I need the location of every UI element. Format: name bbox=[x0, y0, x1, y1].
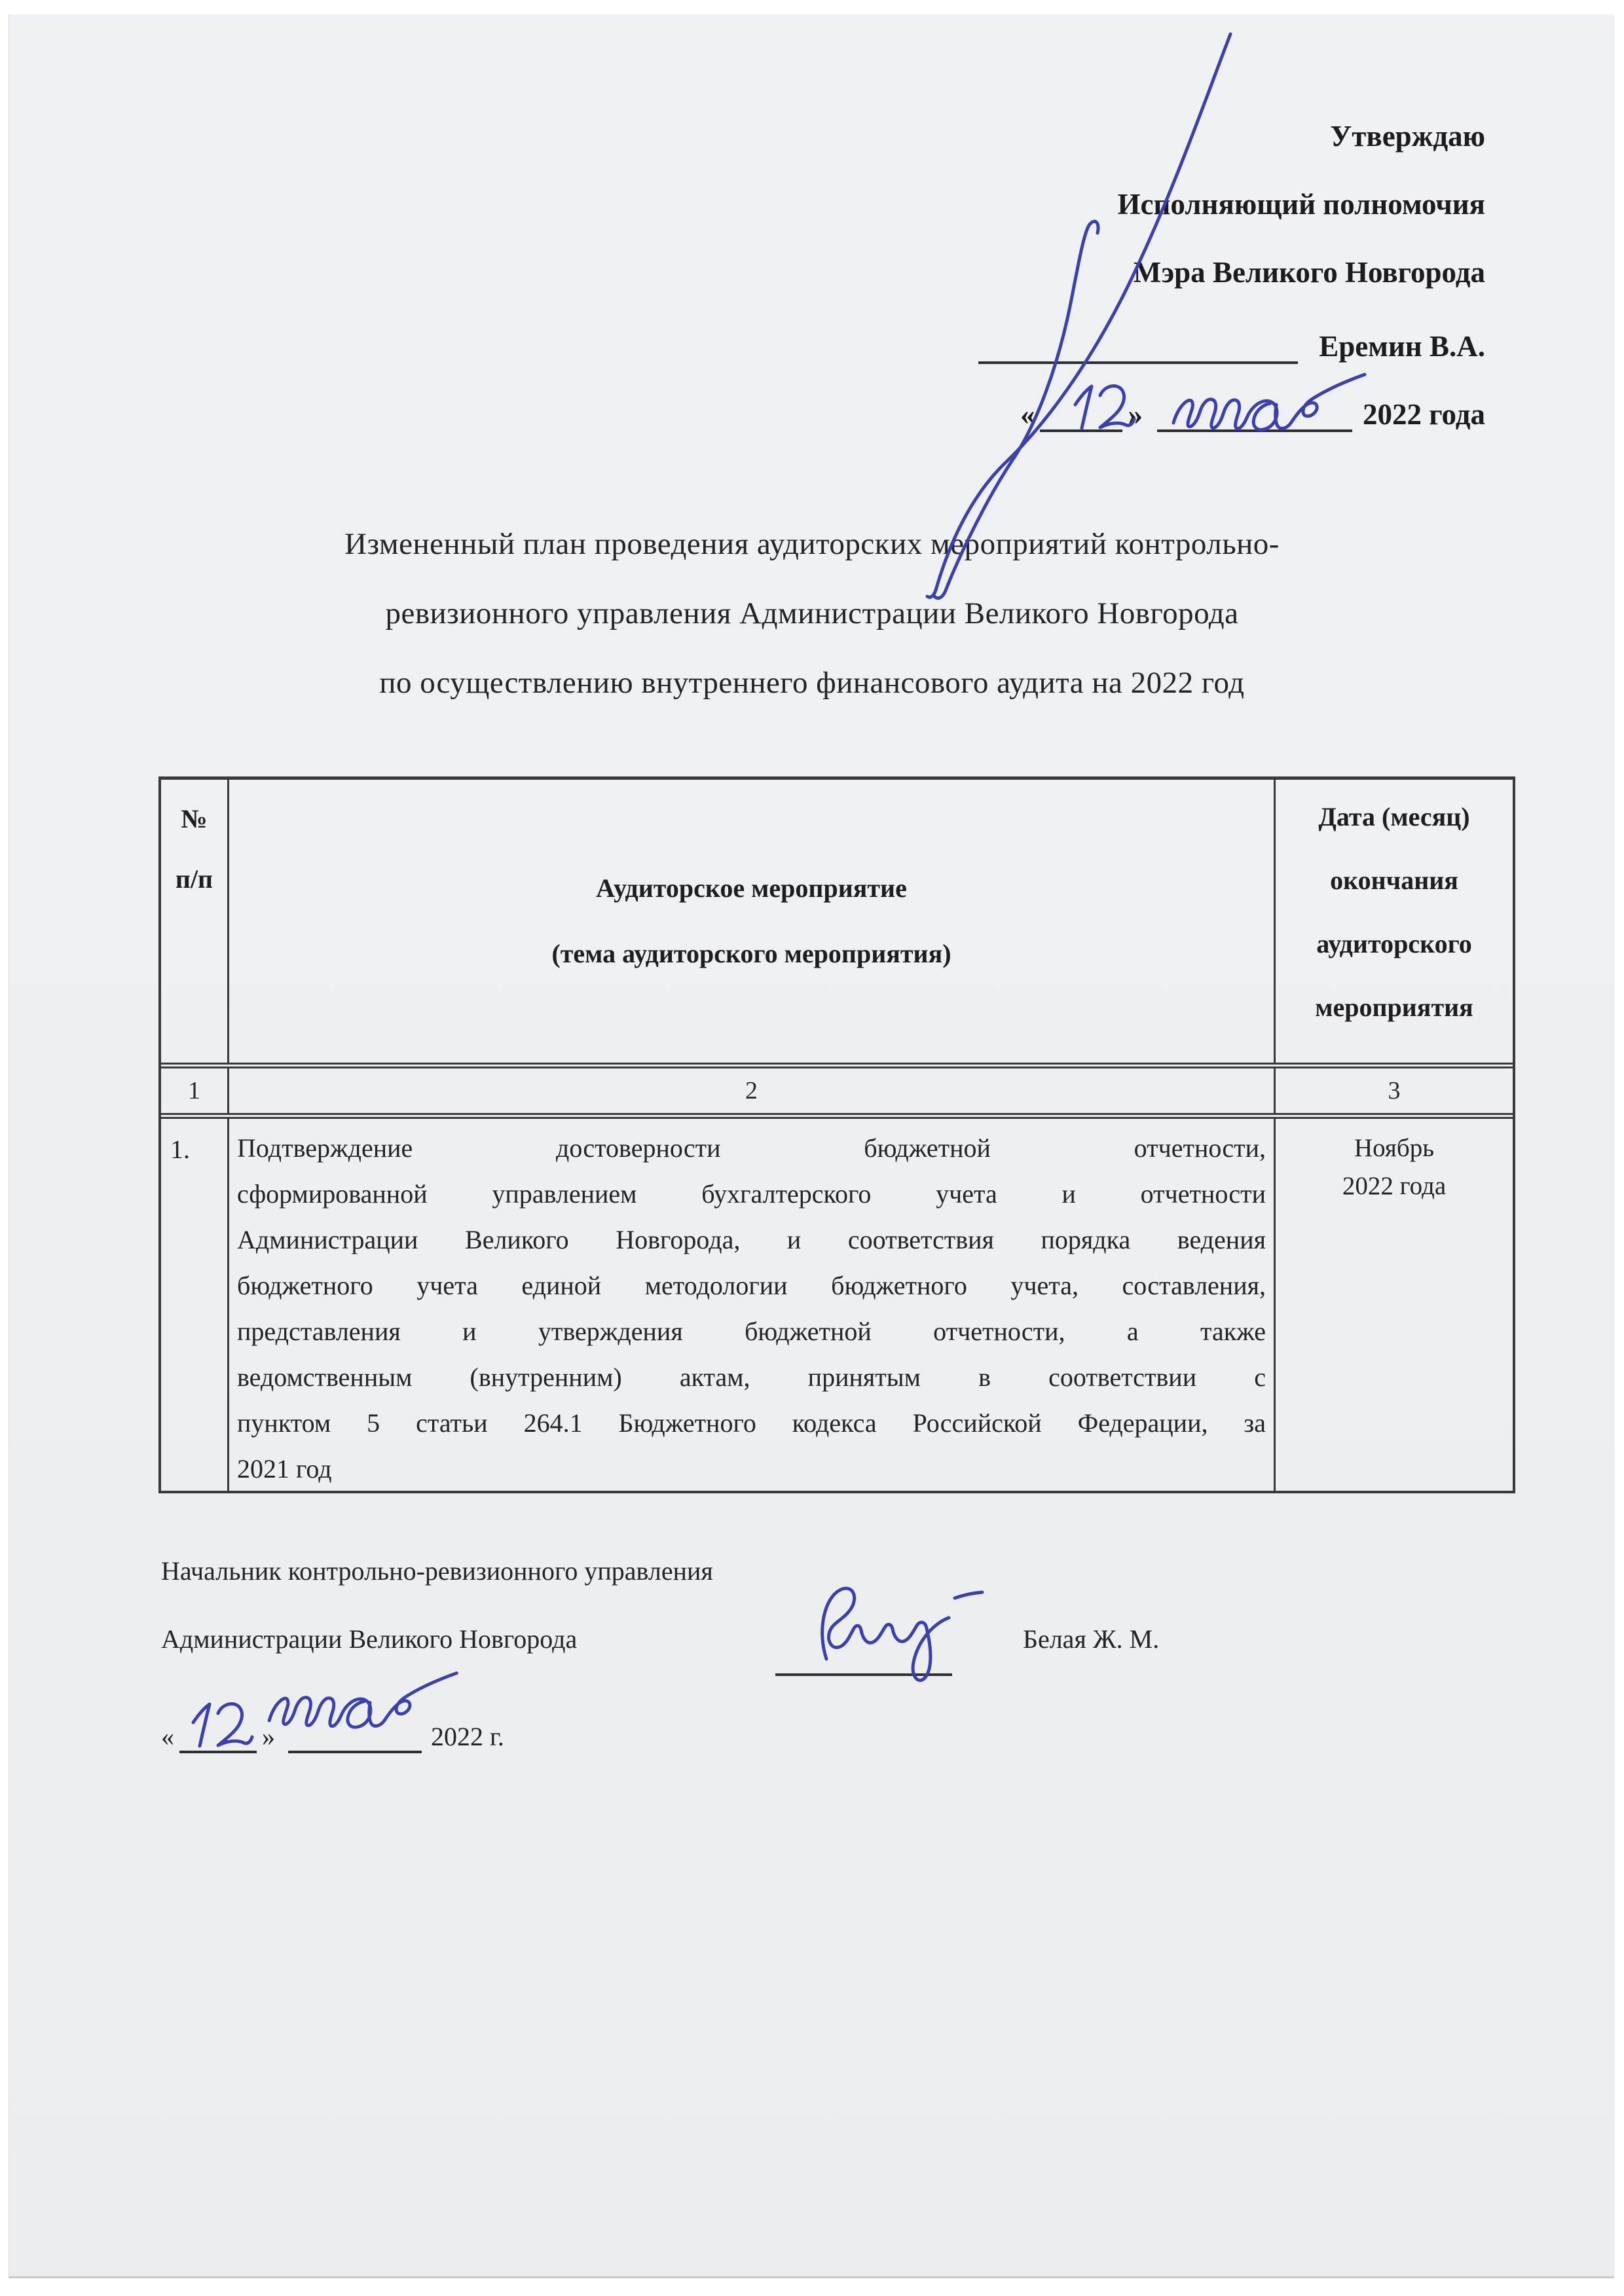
header-date-line4: мероприятия bbox=[1276, 975, 1513, 1039]
table-row: 1. Подтверждение достоверности бюджетной… bbox=[161, 1119, 1513, 1491]
row-date-year: 2022 года bbox=[1276, 1167, 1513, 1205]
close-quote: » bbox=[1128, 398, 1143, 431]
approval-year: 2022 года bbox=[1363, 398, 1485, 431]
open-quote: « bbox=[1020, 398, 1035, 431]
row-date-month: Ноябрь bbox=[1276, 1129, 1513, 1167]
header-cell-date: Дата (месяц) окончания аудиторского меро… bbox=[1276, 780, 1513, 1063]
header-date-line3: аудиторского bbox=[1276, 912, 1513, 975]
footer-signature-line bbox=[775, 1673, 952, 1676]
numbering-cell-3: 3 bbox=[1276, 1068, 1513, 1113]
open-quote: « bbox=[161, 1722, 174, 1751]
approval-date-line: «»2022 года bbox=[978, 392, 1485, 460]
approval-sign-line: Еремин В.А. bbox=[978, 323, 1485, 392]
activity-text-line: Подтверждение достоверности бюджетной от… bbox=[237, 1125, 1266, 1171]
month-blank-line bbox=[1157, 399, 1352, 432]
activity-text-line: бюджетного учета единой методологии бюдж… bbox=[237, 1263, 1266, 1309]
table-header-row: № п/п Аудиторское мероприятие (тема ауди… bbox=[161, 780, 1513, 1068]
title-line-3: по осуществлению внутреннего финансового… bbox=[0, 648, 1624, 718]
activity-text-line: Администрации Великого Новгорода, и соот… bbox=[237, 1217, 1266, 1263]
approver-name: Еремин В.А. bbox=[1319, 330, 1485, 363]
approval-line-2: Исполняющий полномочия bbox=[978, 187, 1485, 255]
activity-text-line: сформированной управлением бухгалтерског… bbox=[237, 1171, 1266, 1217]
header-activity-line2: (тема аудиторского мероприятия) bbox=[551, 921, 951, 987]
header-date-line1: Дата (месяц) bbox=[1276, 785, 1513, 848]
scanned-document-page: Утверждаю Исполняющий полномочия Мэра Ве… bbox=[0, 0, 1624, 2296]
footer-position-line2: Администрации Великого Новгорода bbox=[161, 1624, 577, 1654]
header-cell-activity: Аудиторское мероприятие (тема аудиторско… bbox=[229, 780, 1276, 1063]
approval-line-3: Мэра Великого Новгорода bbox=[978, 255, 1485, 323]
document-title: Измененный план проведения аудиторских м… bbox=[0, 509, 1624, 718]
row-number-cell: 1. bbox=[161, 1119, 229, 1491]
approval-block: Утверждаю Исполняющий полномочия Мэра Ве… bbox=[978, 119, 1485, 460]
title-line-2: ревизионного управления Администрации Ве… bbox=[0, 579, 1624, 648]
footer-signer-name: Белая Ж. М. bbox=[1023, 1624, 1159, 1654]
header-activity-line1: Аудиторское мероприятие bbox=[596, 856, 907, 921]
title-line-1: Измененный план проведения аудиторских м… bbox=[0, 509, 1624, 579]
header-cell-number: № п/п bbox=[161, 780, 229, 1063]
header-date-line2: окончания bbox=[1276, 848, 1513, 912]
approval-line-1: Утверждаю bbox=[978, 119, 1485, 187]
day-blank-line bbox=[1040, 399, 1122, 432]
activity-text-line: представления и утверждения бюджетной от… bbox=[237, 1309, 1266, 1355]
footer-day-blank-line bbox=[179, 1721, 257, 1753]
row-activity-cell: Подтверждение достоверности бюджетной от… bbox=[229, 1119, 1276, 1491]
activity-text-line: пунктом 5 статьи 264.1 Бюджетного кодекс… bbox=[237, 1400, 1266, 1446]
signature-blank-line bbox=[978, 331, 1298, 364]
numbering-cell-2: 2 bbox=[229, 1068, 1276, 1113]
footer-month-blank-line bbox=[288, 1721, 422, 1753]
numbering-cell-1: 1 bbox=[161, 1068, 229, 1113]
activity-text-line: ведомственным (внутренним) актам, принят… bbox=[237, 1355, 1266, 1400]
footer-position-line1: Начальник контрольно-ревизионного управл… bbox=[161, 1556, 713, 1586]
header-pp: п/п bbox=[161, 849, 227, 909]
audit-plan-table: № п/п Аудиторское мероприятие (тема ауди… bbox=[158, 776, 1515, 1493]
activity-text-line: 2021 год bbox=[237, 1446, 1266, 1492]
footer-date-line: «»2022 г. bbox=[161, 1713, 504, 1752]
row-date-cell: Ноябрь 2022 года bbox=[1276, 1119, 1513, 1491]
close-quote: » bbox=[262, 1722, 275, 1751]
header-no: № bbox=[161, 789, 227, 849]
footer-year: 2022 г. bbox=[431, 1722, 504, 1751]
column-numbering-row: 1 2 3 bbox=[161, 1068, 1513, 1119]
